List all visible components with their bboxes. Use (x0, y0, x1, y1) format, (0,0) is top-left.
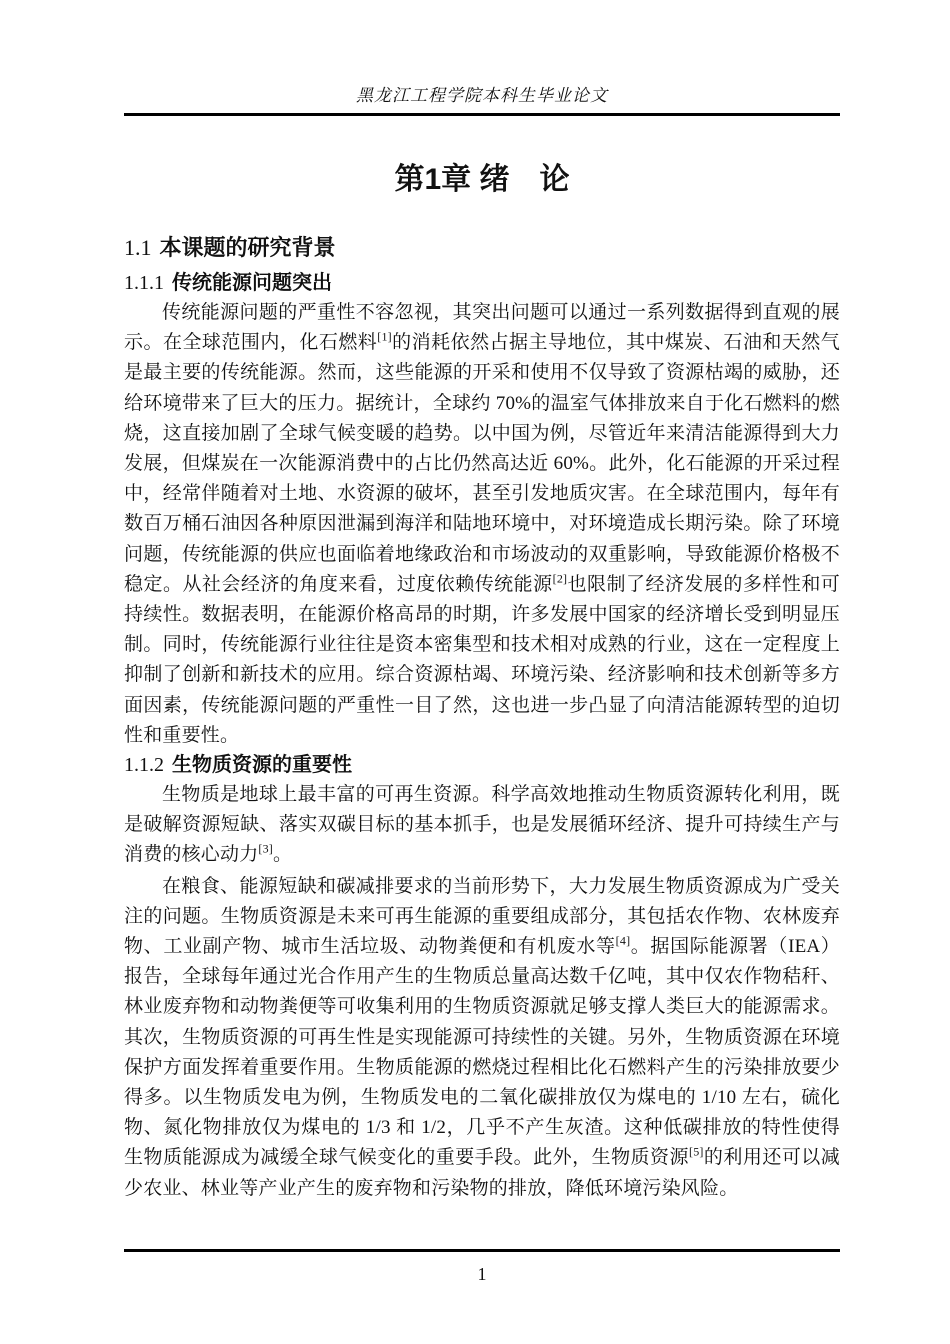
citation-ref: [1] (377, 330, 392, 344)
thesis-page: 黑龙江工程学院本科生毕业论文 第1章 绪 论 1.1本课题的研究背景 1.1.1… (0, 0, 950, 1344)
body-paragraph-2: 生物质是地球上最丰富的可再生资源。科学高效地推动生物质资源转化利用，既是破解资源… (124, 780, 840, 871)
text-run: 的消耗依然占据主导地位，其中煤炭、石油和天然气是最主要的传统能源。然而，这些能源… (124, 332, 840, 595)
running-header: 黑龙江工程学院本科生毕业论文 (124, 86, 840, 116)
subsection-heading-1-1-1: 1.1.1传统能源问题突出 (124, 269, 840, 298)
section-number: 1.1 (124, 235, 152, 260)
text-run: 生物质是地球上最丰富的可再生资源。科学高效地推动生物质资源转化利用，既是破解资源… (124, 784, 840, 865)
page-number: 1 (124, 1263, 840, 1285)
text-run: 。 (273, 844, 292, 865)
content-column: 黑龙江工程学院本科生毕业论文 第1章 绪 论 1.1本课题的研究背景 1.1.1… (124, 86, 840, 1204)
section-heading-1-1: 1.1本课题的研究背景 (124, 232, 840, 264)
subsection-title: 传统能源问题突出 (172, 272, 332, 294)
text-run: 。据国际能源署（IEA）报告，全球每年通过光合作用产生的生物质总量高达数千亿吨，… (124, 936, 840, 1168)
running-header-title: 黑龙江工程学院本科生毕业论文 (356, 86, 608, 105)
citation-ref: [5] (689, 1145, 704, 1159)
body-paragraph-1: 传统能源问题的严重性不容忽视，其突出问题可以通过一系列数据得到直观的展示。在全球… (124, 298, 840, 751)
citation-ref: [4] (616, 934, 631, 948)
citation-ref: [3] (258, 842, 273, 856)
footer: 1 (124, 1249, 840, 1285)
body-paragraph-3: 在粮食、能源短缺和碳减排要求的当前形势下，大力发展生物质资源成为广受关注的问题。… (124, 872, 840, 1204)
text-run: 也限制了经济发展的多样性和可持续性。数据表明，在能源价格高昂的时期，许多发展中国… (124, 574, 840, 746)
subsection-number: 1.1.2 (124, 754, 164, 776)
citation-ref: [2] (553, 572, 568, 586)
subsection-number: 1.1.1 (124, 272, 164, 294)
subsection-heading-1-1-2: 1.1.2生物质资源的重要性 (124, 751, 840, 780)
section-title: 本课题的研究背景 (160, 235, 336, 260)
chapter-title: 第1章 绪 论 (124, 158, 840, 202)
subsection-title: 生物质资源的重要性 (172, 754, 352, 776)
